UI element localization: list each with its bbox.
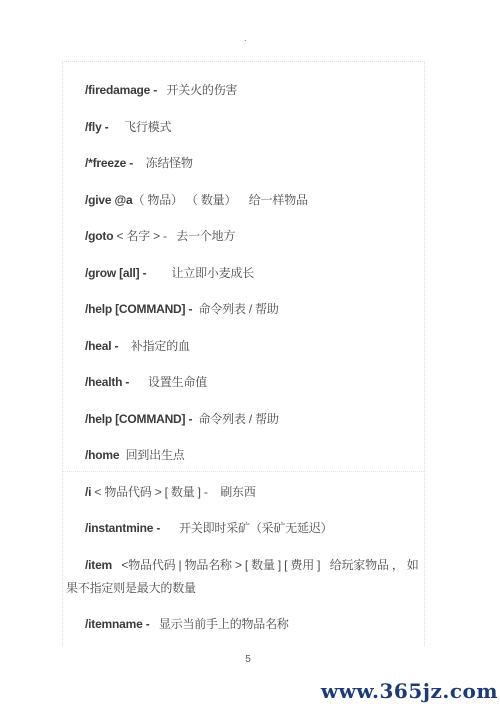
command-name: /instantmine - — [85, 521, 160, 535]
command-line: /fly - 飞行模式 — [66, 116, 420, 139]
command-description: 冻结怪物 — [133, 156, 193, 170]
command-name: /health - — [85, 375, 129, 389]
command-list-box: /firedamage - 开关火的伤害/fly - 飞行模式/*freeze … — [62, 61, 425, 646]
command-line: /goto < 名字 > - 去一个地方 — [66, 225, 420, 248]
scanned-document-page: . /firedamage - 开关火的伤害/fly - 飞行模式/*freez… — [0, 0, 500, 708]
command-line: /grow [all] - 让立即小麦成长 — [66, 262, 420, 285]
command-name: /help [COMMAND] - — [85, 302, 192, 316]
command-description: （ 物品） （ 数量） 给一样物品 — [132, 193, 307, 207]
command-line: /help [COMMAND] - 命令列表 / 帮助 — [66, 298, 420, 321]
command-name: /item — [85, 558, 112, 572]
command-description: 命令列表 / 帮助 — [192, 302, 278, 316]
command-description: 补指定的血 — [118, 339, 190, 353]
command-line: /itemname - 显示当前手上的物品名称 — [66, 613, 420, 636]
command-line: /i < 物品代码 > [ 数量 ] - 刷东西 — [66, 481, 420, 504]
command-description: 设置生命值 — [129, 375, 207, 389]
command-description: <物品代码 | 物品名称 > [ 数量 ] [ 费用 ] 给玩家物品 ， 如果不… — [66, 558, 419, 595]
section-divider — [63, 471, 424, 472]
command-description: 开关火的伤害 — [157, 83, 237, 97]
command-name: /firedamage - — [85, 83, 157, 97]
command-description: 飞行模式 — [108, 120, 171, 134]
command-name: /grow [all] - — [85, 266, 146, 280]
command-line: /home 回到出生点 — [66, 444, 420, 467]
command-description: < 物品代码 > [ 数量 ] - 刷东西 — [91, 485, 255, 499]
command-name: /give @a — [85, 193, 132, 207]
command-name: /heal - — [85, 339, 118, 353]
command-line: /health - 设置生命值 — [66, 371, 420, 394]
command-line: /help [COMMAND] - 命令列表 / 帮助 — [66, 408, 420, 431]
command-name: /fly - — [85, 120, 108, 134]
command-description: 显示当前手上的物品名称 — [150, 617, 289, 631]
command-line: /item <物品代码 | 物品名称 > [ 数量 ] [ 费用 ] 给玩家物品… — [66, 554, 420, 600]
command-name: /goto — [85, 229, 113, 243]
command-line: /heal - 补指定的血 — [66, 335, 420, 358]
command-description: 让立即小麦成长 — [146, 266, 254, 280]
command-description: 回到出生点 — [119, 448, 184, 462]
command-name: /itemname - — [85, 617, 150, 631]
command-name: /*freeze - — [85, 156, 133, 170]
command-description: < 名字 > - 去一个地方 — [113, 229, 235, 243]
site-watermark: www.365jz.com — [321, 679, 498, 703]
command-name: /home — [85, 448, 119, 462]
stray-dot-mark: . — [244, 36, 248, 41]
command-name: /help [COMMAND] - — [85, 412, 192, 426]
command-description: 命令列表 / 帮助 — [192, 412, 278, 426]
command-line: /firedamage - 开关火的伤害 — [66, 79, 420, 102]
command-line: /give @a（ 物品） （ 数量） 给一样物品 — [66, 189, 420, 212]
command-line: /*freeze - 冻结怪物 — [66, 152, 420, 175]
command-description: 开关即时采矿（采矿无延迟） — [160, 521, 332, 535]
command-line: /instantmine - 开关即时采矿（采矿无延迟） — [66, 517, 420, 540]
page-number: 5 — [0, 654, 496, 665]
